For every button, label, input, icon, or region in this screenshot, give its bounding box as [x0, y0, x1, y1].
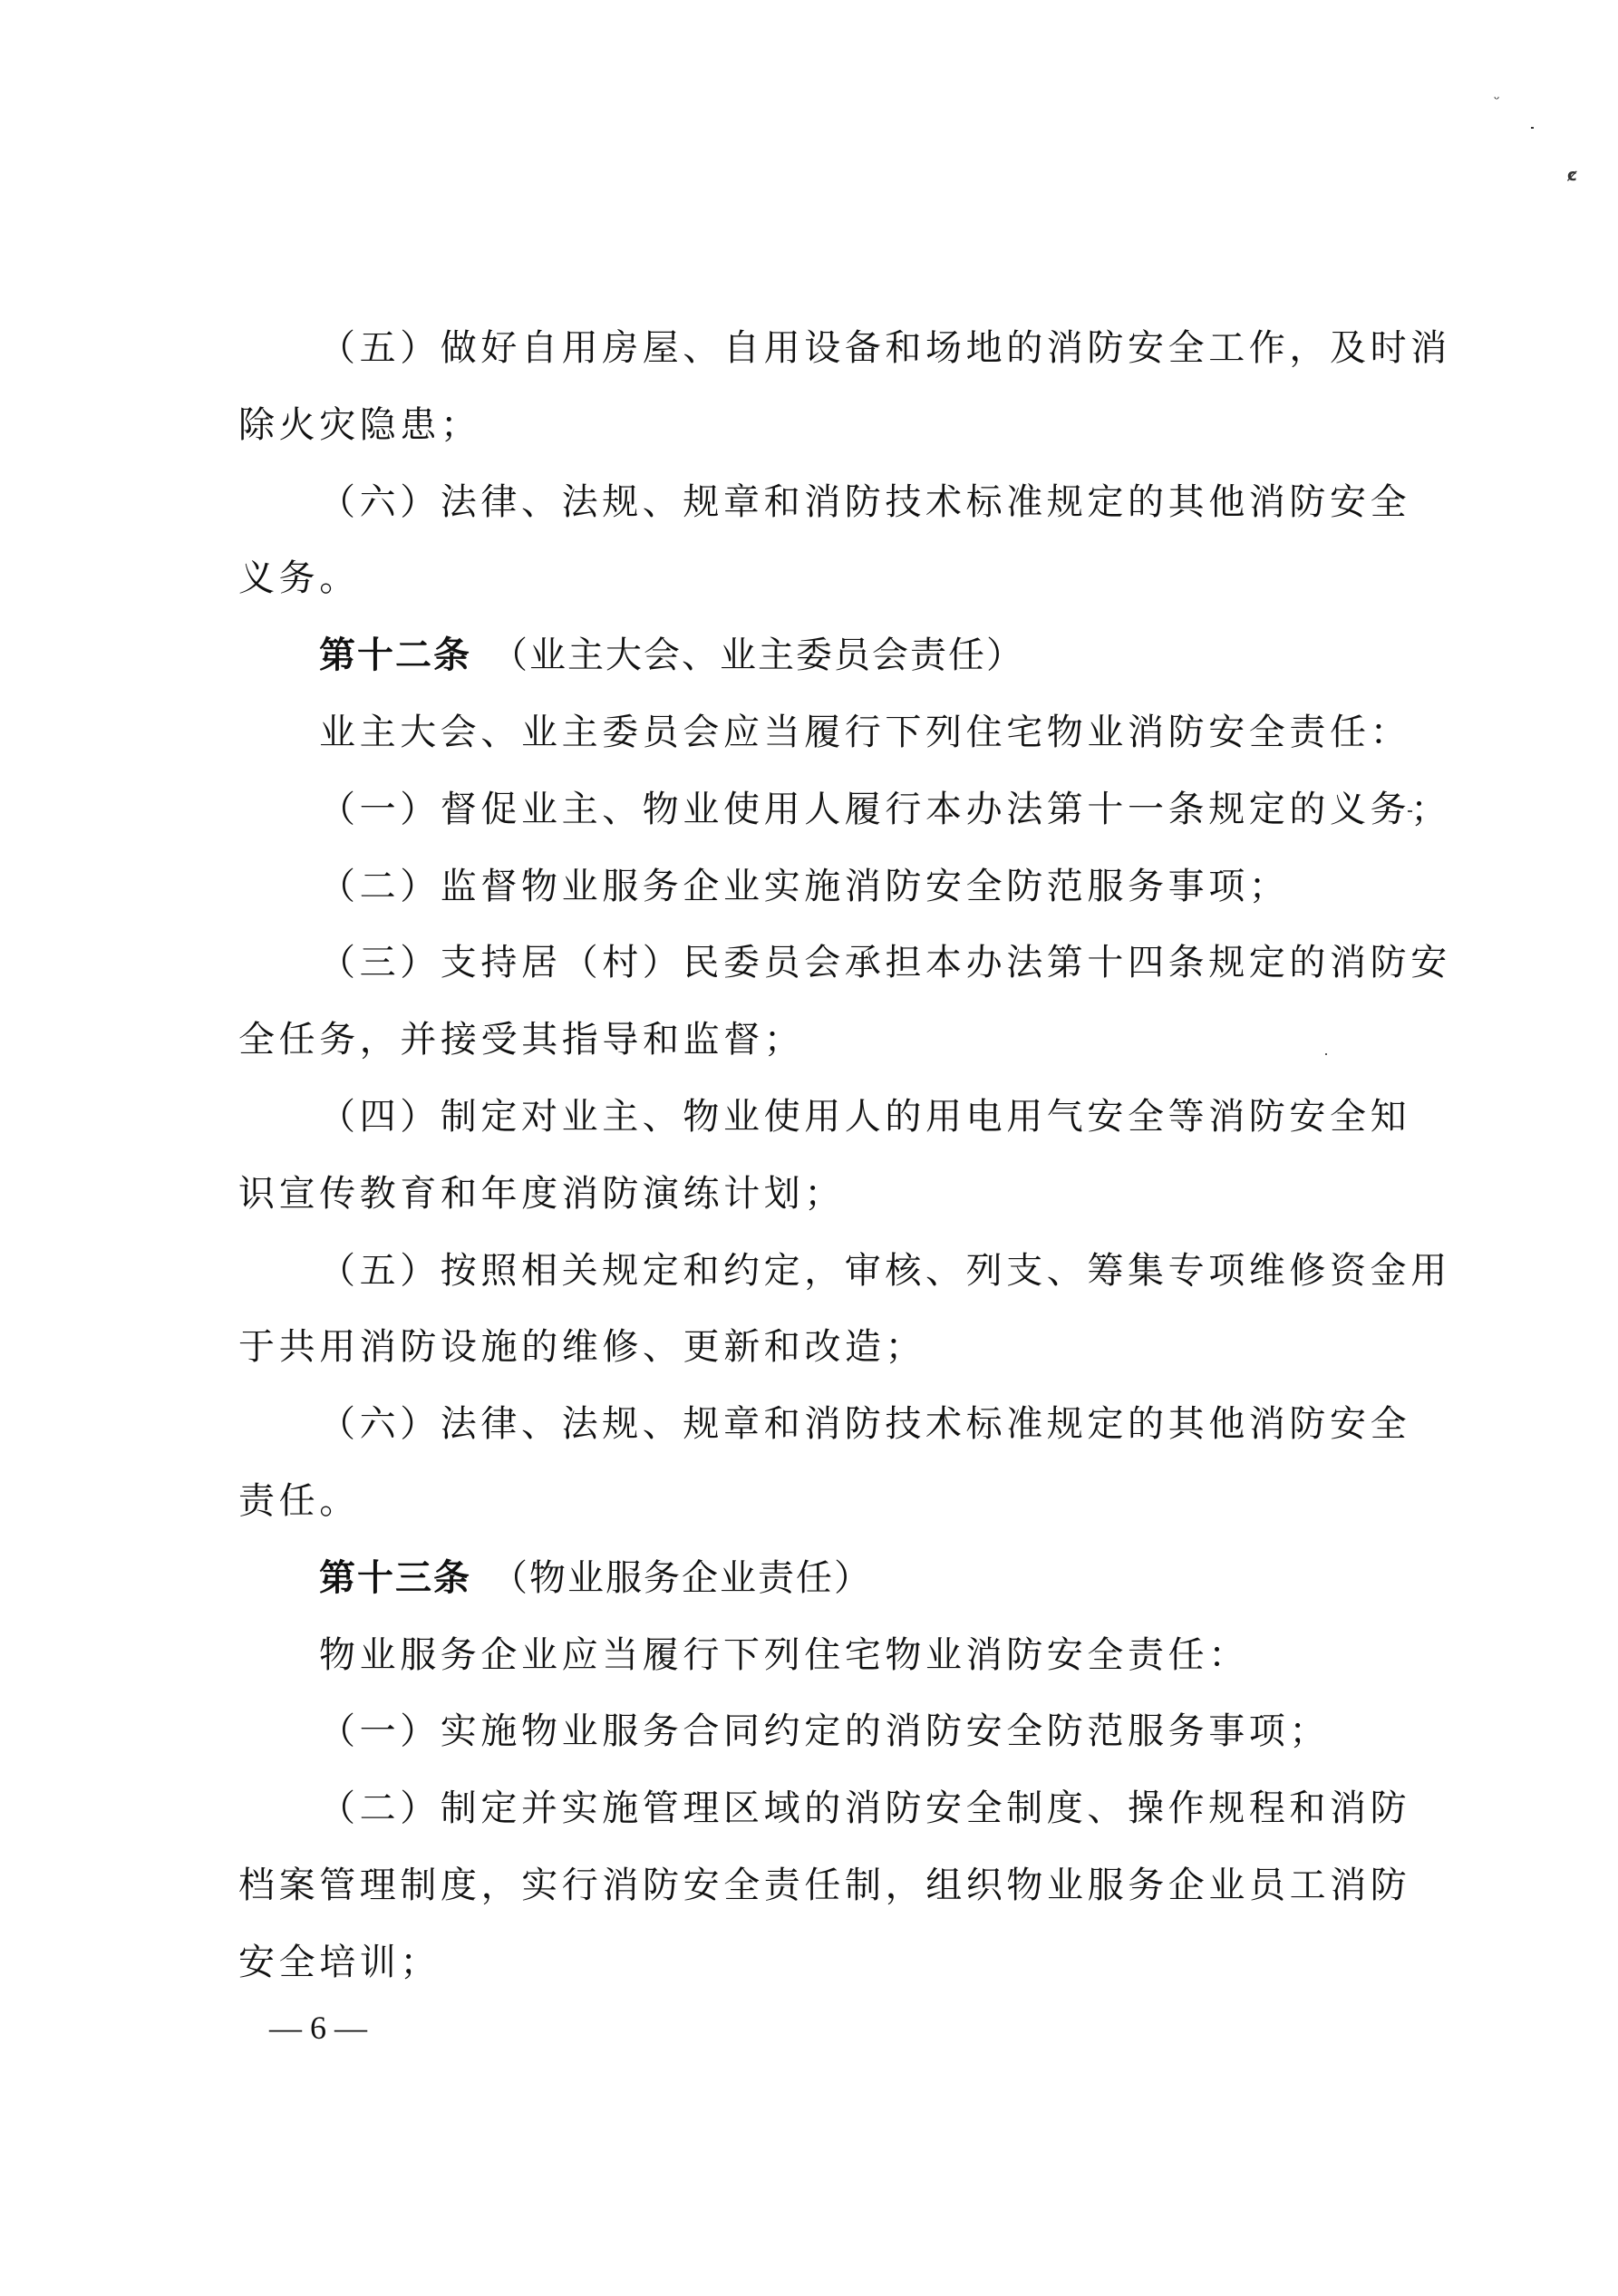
paragraph-line: （五）做好自用房屋、自用设备和场地的消防安全工作，及时消 — [238, 310, 1381, 387]
scan-artifact-dot — [1531, 127, 1534, 129]
paragraph-line: （五）按照相关规定和约定，审核、列支、筹集专项维修资金用 — [238, 1233, 1381, 1310]
paragraph-line: （三）支持居（村）民委员会承担本办法第十四条规定的消防安 — [238, 925, 1381, 1002]
paragraph-line: 档案管理制度，实行消防安全责任制，组织物业服务企业员工消防 — [238, 1847, 1381, 1924]
document-page: （五）做好自用房屋、自用设备和场地的消防安全工作，及时消 除火灾隐患； （六）法… — [0, 0, 1618, 2296]
paragraph-line: （一）督促业主、物业使用人履行本办法第十一条规定的义务； — [238, 771, 1381, 848]
paragraph-line: （六）法律、法规、规章和消防技术标准规定的其他消防安全 — [238, 1386, 1381, 1463]
scan-artifact-dot — [1325, 1053, 1327, 1055]
article-title: （物业服务企业责任） — [491, 1557, 872, 1599]
paragraph-line: （二）制定并实施管理区域的消防安全制度、操作规程和消防 — [238, 1770, 1381, 1847]
scan-artifact-mark: ȼ — [1567, 166, 1577, 185]
paragraph-line: 除火灾隐患； — [238, 387, 1381, 464]
paragraph-line: （六）法律、法规、规章和消防技术标准规定的其他消防安全 — [238, 464, 1381, 541]
page-number: — 6 — — [269, 2005, 367, 2050]
paragraph-line: 义务。 — [238, 540, 1381, 617]
article-title: （业主大会、业主委员会责任） — [491, 635, 1024, 676]
paragraph-line: 识宣传教育和年度消防演练计划； — [238, 1156, 1381, 1233]
paragraph-line: 于共用消防设施的维修、更新和改造； — [238, 1309, 1381, 1386]
document-body: （五）做好自用房屋、自用设备和场地的消防安全工作，及时消 除火灾隐患； （六）法… — [238, 310, 1381, 2001]
article-number: 第十二条 — [319, 635, 471, 676]
article-number: 第十三条 — [319, 1557, 471, 1599]
article-heading-13: 第十三条（物业服务企业责任） — [238, 1540, 1381, 1617]
paragraph-line: （四）制定对业主、物业使用人的用电用气安全等消防安全知 — [238, 1079, 1381, 1156]
paragraph-line: 安全培训； — [238, 1924, 1381, 2001]
paragraph-line: 业主大会、业主委员会应当履行下列住宅物业消防安全责任： — [238, 694, 1381, 771]
paragraph-line: （一）实施物业服务合同约定的消防安全防范服务事项； — [238, 1693, 1381, 1770]
paragraph-line: 物业服务企业应当履行下列住宅物业消防安全责任： — [238, 1617, 1381, 1694]
paragraph-line: 责任。 — [238, 1463, 1381, 1540]
scan-artifact-dot — [1408, 810, 1412, 812]
scan-artifact-mark: ᵕ — [1494, 91, 1500, 108]
paragraph-line: （二）监督物业服务企业实施消防安全防范服务事项； — [238, 848, 1381, 925]
article-heading-12: 第十二条（业主大会、业主委员会责任） — [238, 617, 1381, 694]
paragraph-line: 全任务，并接受其指导和监督； — [238, 1002, 1381, 1079]
